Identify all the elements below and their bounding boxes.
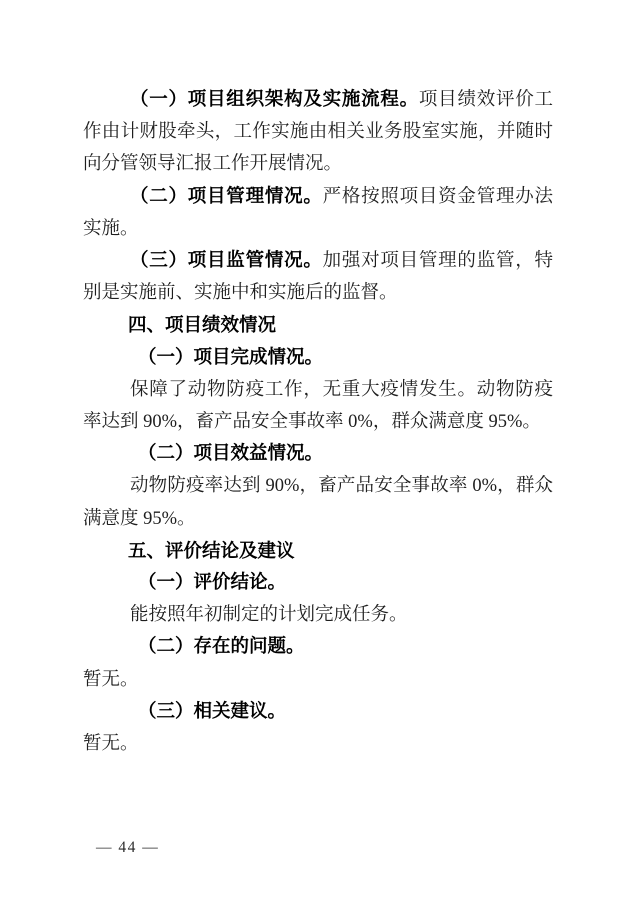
document-body: （一）项目组织架构及实施流程。项目绩效评价工作由计财股牵头，工作实施由相关业务股… (83, 84, 553, 760)
heading-related-suggestions-label: （三）相关建议。 (138, 702, 286, 722)
heading-existing-problems-label: （二）存在的问题。 (138, 637, 305, 657)
para-project-org-structure: （一）项目组织架构及实施流程。项目绩效评价工作由计财股牵头，工作实施由相关业务股… (83, 84, 553, 181)
para-benefit-detail: 动物防疫率达到 90%，畜产品安全事故率 0%，群众满意度 95%。 (83, 470, 553, 534)
para-project-supervision-label: （三）项目监管情况。 (130, 251, 323, 271)
heading-existing-problems: （二）存在的问题。 (83, 631, 553, 663)
para-project-supervision: （三）项目监管情况。加强对项目管理的监管，特别是实施前、实施中和实施后的监督。 (83, 245, 553, 309)
para-problems-none: 暂无。 (83, 664, 553, 696)
para-project-org-structure-label: （一）项目组织架构及实施流程。 (130, 90, 419, 110)
heading-evaluation-conclusion-label: （一）评价结论。 (138, 573, 286, 593)
heading-benefit-status-label: （二）项目效益情况。 (138, 444, 323, 464)
heading-completion-status-label: （一）项目完成情况。 (138, 348, 323, 368)
para-project-management-label: （二）项目管理情况。 (130, 187, 323, 207)
para-suggestions-none: 暂无。 (83, 728, 553, 760)
para-completion-detail: 保障了动物防疫工作，无重大疫情发生。动物防疫率达到 90%，畜产品安全事故率 0… (83, 374, 553, 438)
heading-related-suggestions: （三）相关建议。 (83, 696, 553, 728)
para-project-management: （二）项目管理情况。严格按照项目资金管理办法实施。 (83, 181, 553, 245)
page-number: — 44 — (96, 839, 159, 857)
heading-section5-conclusion: 五、评价结论及建议 (83, 535, 553, 567)
heading-completion-status: （一）项目完成情况。 (83, 342, 553, 374)
document-page: （一）项目组织架构及实施流程。项目绩效评价工作由计财股牵头，工作实施由相关业务股… (0, 0, 640, 904)
heading-evaluation-conclusion: （一）评价结论。 (83, 567, 553, 599)
heading-section4-performance: 四、项目绩效情况 (83, 309, 553, 341)
heading-benefit-status: （二）项目效益情况。 (83, 438, 553, 470)
para-evaluation-conclusion-detail: 能按照年初制定的计划完成任务。 (83, 599, 553, 631)
